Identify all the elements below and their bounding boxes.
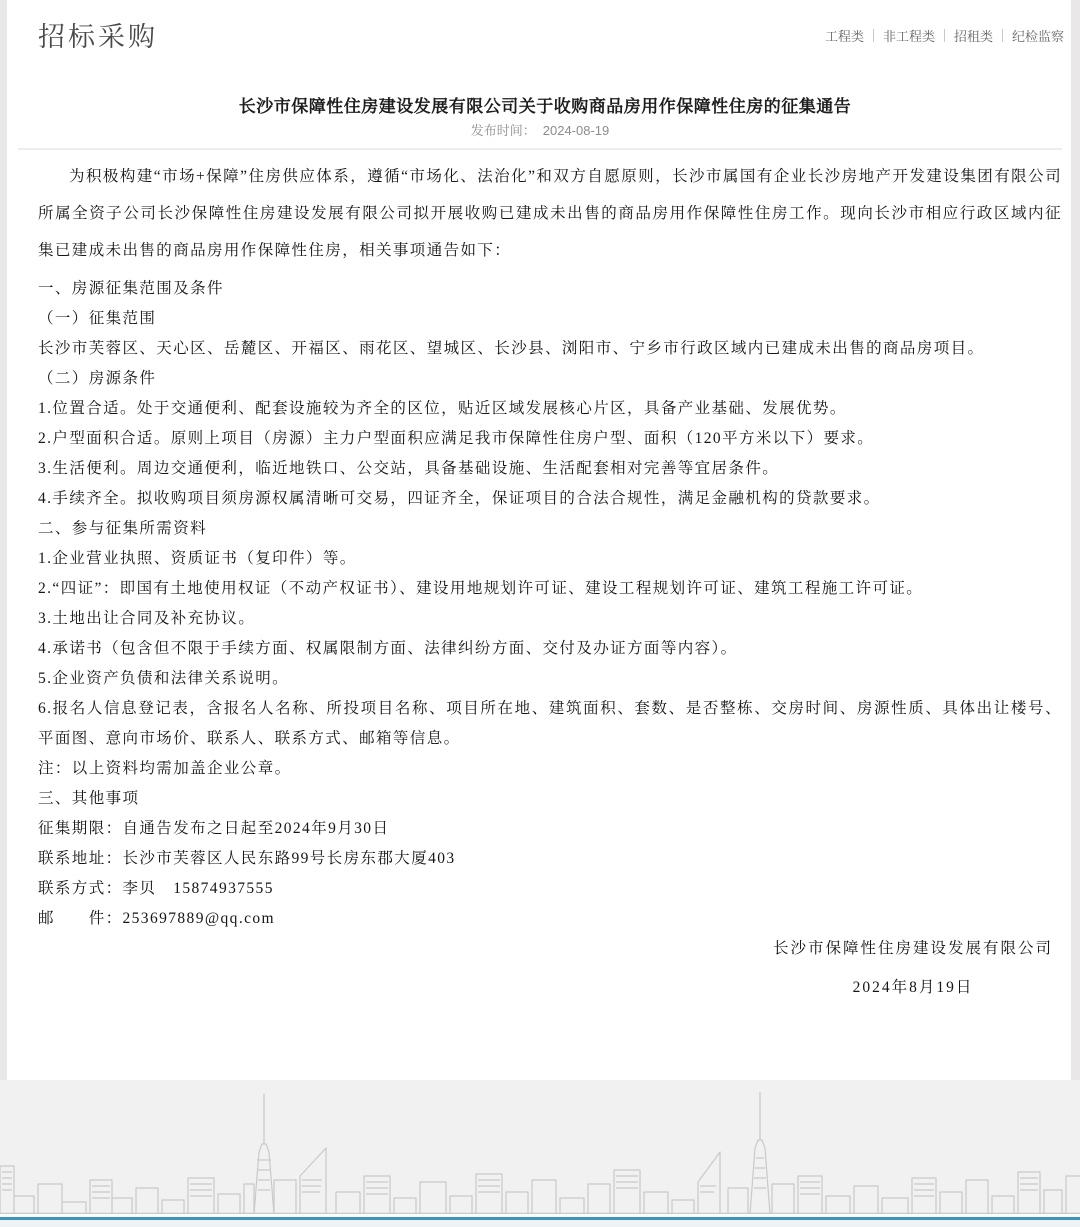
body-line: 2.户型面积合适。原则上项目（房源）主力户型面积应满足我市保障性住房户型、面积（… — [38, 424, 1062, 454]
section-3-heading: 三、其他事项 — [38, 784, 1062, 814]
collection-deadline-line: 征集期限：自通告发布之日起至2024年9月30日 — [38, 814, 1062, 844]
right-margin-strip — [1071, 0, 1080, 1080]
publish-label: 发布时间： — [471, 123, 536, 138]
page-header: 招标采购 工程类 非工程类 招租类 纪检监察 — [38, 20, 1064, 54]
nav-separator — [873, 29, 874, 42]
signature-date: 2024年8月19日 — [773, 975, 1053, 997]
page: 招标采购 工程类 非工程类 招租类 纪检监察 长沙市保障性住房建设发展有限公司关… — [0, 0, 1080, 1227]
section-1-heading: 一、房源征集范围及条件 — [38, 274, 1062, 304]
nav-item-non-engineering[interactable]: 非工程类 — [883, 26, 935, 45]
subsection-1-1-heading: （一）征集范围 — [38, 304, 1062, 334]
intro-paragraph: 为积极构建“市场+保障”住房供应体系，遵循“市场化、法治化”和双方自愿原则，长沙… — [38, 158, 1062, 269]
body-line: 3.生活便利。周边交通便利，临近地铁口、公交站，具备基础设施、生活配套相对完善等… — [38, 454, 1062, 484]
page-title: 招标采购 — [38, 20, 158, 54]
contact-email-line: 邮 件：253697889@qq.com — [38, 904, 1062, 934]
contact-address-line: 联系地址：长沙市芙蓉区人民东路99号长房东郡大厦403 — [38, 844, 1062, 874]
body-line: 1.企业营业执照、资质证书（复印件）等。 — [38, 544, 1062, 574]
left-margin-strip — [0, 0, 7, 1080]
city-skyline-illustration — [0, 1080, 1080, 1214]
body-line: 2.“四证”：即国有土地使用权证（不动产权证书）、建设用地规划许可证、建设工程规… — [38, 574, 1062, 604]
page-footer — [0, 1080, 1080, 1227]
nav-separator — [944, 29, 945, 42]
nav-item-leasing[interactable]: 招租类 — [954, 26, 993, 45]
footer-bottom-strip — [0, 1220, 1080, 1227]
publish-date: 2024-08-19 — [543, 123, 610, 138]
body-line: 4.手续齐全。拟收购项目须房源权属清晰可交易，四证齐全，保证项目的合法合规性，满… — [38, 484, 1062, 514]
body-line: 5.企业资产负债和法律关系说明。 — [38, 664, 1062, 694]
publish-time: 发布时间：2024-08-19 — [0, 120, 1080, 139]
article-title: 长沙市保障性住房建设发展有限公司关于收购商品房用作保障性住房的征集通告 — [38, 92, 1052, 117]
body-line: 3.土地出让合同及补充协议。 — [38, 604, 1062, 634]
subsection-1-2-heading: （二）房源条件 — [38, 364, 1062, 394]
nav-separator — [1002, 29, 1003, 42]
footer-skyline-band — [0, 1080, 1080, 1214]
contact-phone-line: 联系方式：李贝 15874937555 — [38, 874, 1062, 904]
nav-item-discipline-inspection[interactable]: 纪检监察 — [1012, 26, 1064, 45]
body-line: 1.位置合适。处于交通便利、配套设施较为齐全的区位，贴近区域发展核心片区，具备产… — [38, 394, 1062, 424]
signature-block: 长沙市保障性住房建设发展有限公司 2024年8月19日 — [773, 936, 1053, 997]
body-line: 6.报名人信息登记表，含报名人名称、所投项目名称、项目所在地、建筑面积、套数、是… — [38, 694, 1062, 754]
category-nav: 工程类 非工程类 招租类 纪检监察 — [825, 26, 1064, 45]
nav-item-engineering[interactable]: 工程类 — [825, 26, 864, 45]
note-line: 注：以上资料均需加盖企业公章。 — [38, 754, 1062, 784]
body-line: 长沙市芙蓉区、天心区、岳麓区、开福区、雨花区、望城区、长沙县、浏阳市、宁乡市行政… — [38, 334, 1062, 364]
section-2-heading: 二、参与征集所需资料 — [38, 514, 1062, 544]
article-body: 为积极构建“市场+保障”住房供应体系，遵循“市场化、法治化”和双方自愿原则，长沙… — [38, 158, 1062, 934]
body-line: 4.承诺书（包含但不限于手续方面、权属限制方面、法律纠纷方面、交付及办证方面等内… — [38, 634, 1062, 664]
title-divider — [18, 148, 1062, 150]
signature-company: 长沙市保障性住房建设发展有限公司 — [773, 936, 1053, 958]
